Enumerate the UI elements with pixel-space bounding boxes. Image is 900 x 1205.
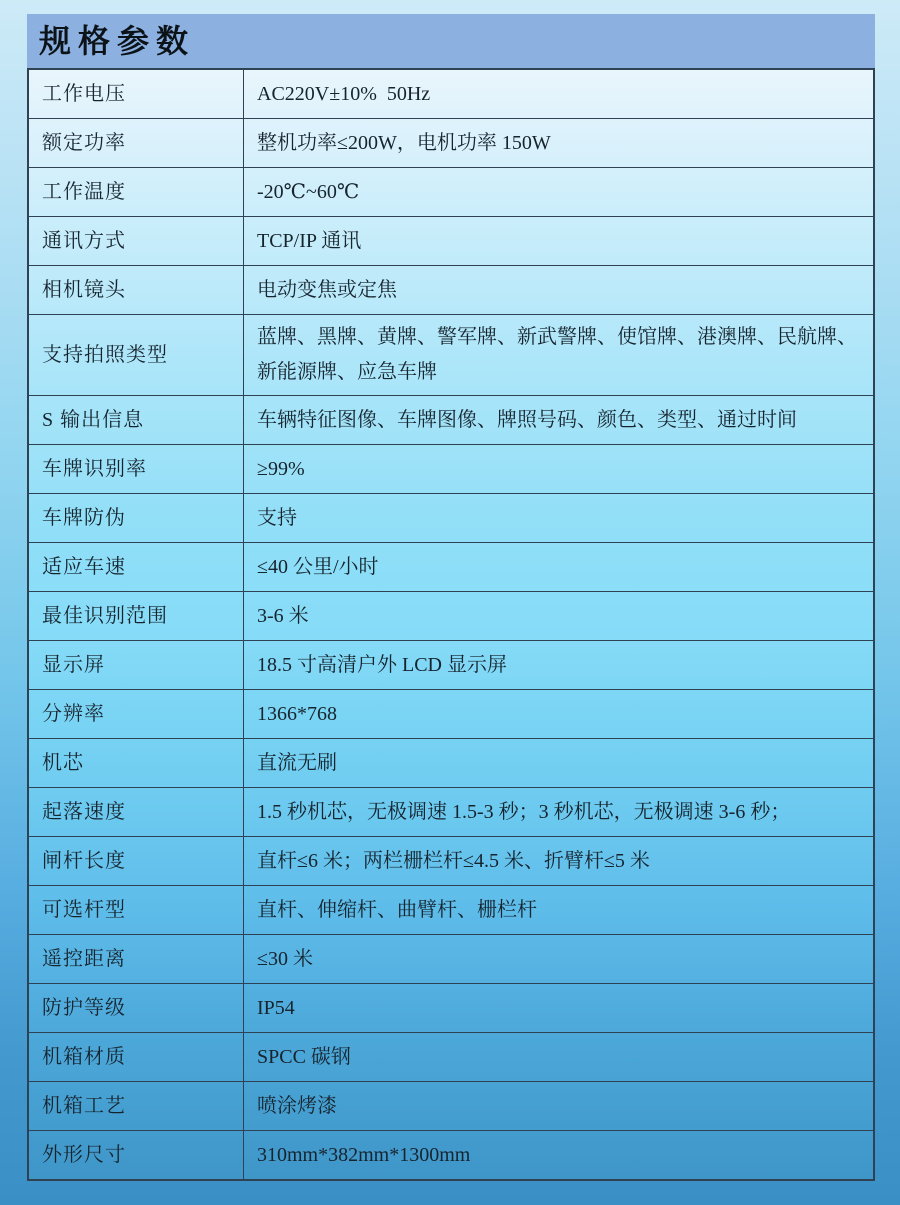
spec-value: ≤30 米 [244, 935, 873, 983]
spec-value: AC220V±10% 50Hz [244, 70, 873, 118]
spec-label: 车牌识别率 [29, 445, 244, 493]
table-row: 通讯方式TCP/IP 通讯 [29, 217, 873, 266]
spec-value: 喷涂烤漆 [244, 1082, 873, 1130]
spec-label: 机箱工艺 [29, 1082, 244, 1130]
spec-label: 显示屏 [29, 641, 244, 689]
spec-value: -20℃~60℃ [244, 168, 873, 216]
table-row: 适应车速≤40 公里/小时 [29, 543, 873, 592]
spec-label: 最佳识别范围 [29, 592, 244, 640]
spec-label: 分辨率 [29, 690, 244, 738]
spec-label: 可选杆型 [29, 886, 244, 934]
table-row: 工作电压AC220V±10% 50Hz [29, 70, 873, 119]
spec-value: 310mm*382mm*1300mm [244, 1131, 873, 1179]
spec-label: 防护等级 [29, 984, 244, 1032]
spec-value: 1.5 秒机芯，无极调速 1.5-3 秒；3 秒机芯，无极调速 3-6 秒； [244, 788, 873, 836]
spec-value: 直杆、伸缩杆、曲臂杆、栅栏杆 [244, 886, 873, 934]
spec-value: 支持 [244, 494, 873, 542]
spec-value: 电动变焦或定焦 [244, 266, 873, 314]
table-row: 外形尺寸310mm*382mm*1300mm [29, 1131, 873, 1179]
table-row: 车牌防伪支持 [29, 494, 873, 543]
spec-label: 额定功率 [29, 119, 244, 167]
spec-label: 遥控距离 [29, 935, 244, 983]
table-row: 机芯直流无刷 [29, 739, 873, 788]
spec-value: 直杆≤6 米；两栏栅栏杆≤4.5 米、折臂杆≤5 米 [244, 837, 873, 885]
spec-label: 工作温度 [29, 168, 244, 216]
table-row: S 输出信息车辆特征图像、车牌图像、牌照号码、颜色、类型、通过时间 [29, 396, 873, 445]
spec-value: 车辆特征图像、车牌图像、牌照号码、颜色、类型、通过时间 [244, 396, 873, 444]
spec-value: TCP/IP 通讯 [244, 217, 873, 265]
spec-label: 工作电压 [29, 70, 244, 118]
table-row: 额定功率整机功率≤200W，电机功率 150W [29, 119, 873, 168]
table-row: 机箱工艺喷涂烤漆 [29, 1082, 873, 1131]
page-title: 规格参数 [39, 25, 195, 57]
table-row: 显示屏18.5 寸高清户外 LCD 显示屏 [29, 641, 873, 690]
spec-label: 车牌防伪 [29, 494, 244, 542]
spec-label: 通讯方式 [29, 217, 244, 265]
table-row: 可选杆型直杆、伸缩杆、曲臂杆、栅栏杆 [29, 886, 873, 935]
spec-label: 相机镜头 [29, 266, 244, 314]
spec-label: 支持拍照类型 [29, 315, 244, 395]
spec-table: 规格参数 工作电压AC220V±10% 50Hz额定功率整机功率≤200W，电机… [27, 14, 875, 1181]
table-row: 车牌识别率≥99% [29, 445, 873, 494]
table-row: 最佳识别范围3-6 米 [29, 592, 873, 641]
table-row: 支持拍照类型蓝牌、黑牌、黄牌、警军牌、新武警牌、使馆牌、港澳牌、民航牌、新能源牌… [29, 315, 873, 396]
spec-value: 直流无刷 [244, 739, 873, 787]
spec-label: S 输出信息 [29, 396, 244, 444]
spec-label: 外形尺寸 [29, 1131, 244, 1179]
spec-value: 3-6 米 [244, 592, 873, 640]
spec-value: 1366*768 [244, 690, 873, 738]
spec-value: SPCC 碳钢 [244, 1033, 873, 1081]
table-row: 机箱材质SPCC 碳钢 [29, 1033, 873, 1082]
table-row: 工作温度-20℃~60℃ [29, 168, 873, 217]
spec-label: 机芯 [29, 739, 244, 787]
spec-label: 闸杆长度 [29, 837, 244, 885]
spec-label: 适应车速 [29, 543, 244, 591]
spec-label: 机箱材质 [29, 1033, 244, 1081]
spec-value: IP54 [244, 984, 873, 1032]
spec-value: ≥99% [244, 445, 873, 493]
table-row: 起落速度1.5 秒机芯，无极调速 1.5-3 秒；3 秒机芯，无极调速 3-6 … [29, 788, 873, 837]
spec-value: 蓝牌、黑牌、黄牌、警军牌、新武警牌、使馆牌、港澳牌、民航牌、新能源牌、应急车牌 [244, 315, 873, 395]
spec-value: ≤40 公里/小时 [244, 543, 873, 591]
table-row: 分辨率1366*768 [29, 690, 873, 739]
table-row: 遥控距离≤30 米 [29, 935, 873, 984]
table-row: 闸杆长度直杆≤6 米；两栏栅栏杆≤4.5 米、折臂杆≤5 米 [29, 837, 873, 886]
spec-value: 18.5 寸高清户外 LCD 显示屏 [244, 641, 873, 689]
table-header: 规格参数 [27, 14, 875, 68]
spec-table-body: 工作电压AC220V±10% 50Hz额定功率整机功率≤200W，电机功率 15… [27, 68, 875, 1181]
table-row: 防护等级IP54 [29, 984, 873, 1033]
table-row: 相机镜头电动变焦或定焦 [29, 266, 873, 315]
spec-value: 整机功率≤200W，电机功率 150W [244, 119, 873, 167]
spec-label: 起落速度 [29, 788, 244, 836]
